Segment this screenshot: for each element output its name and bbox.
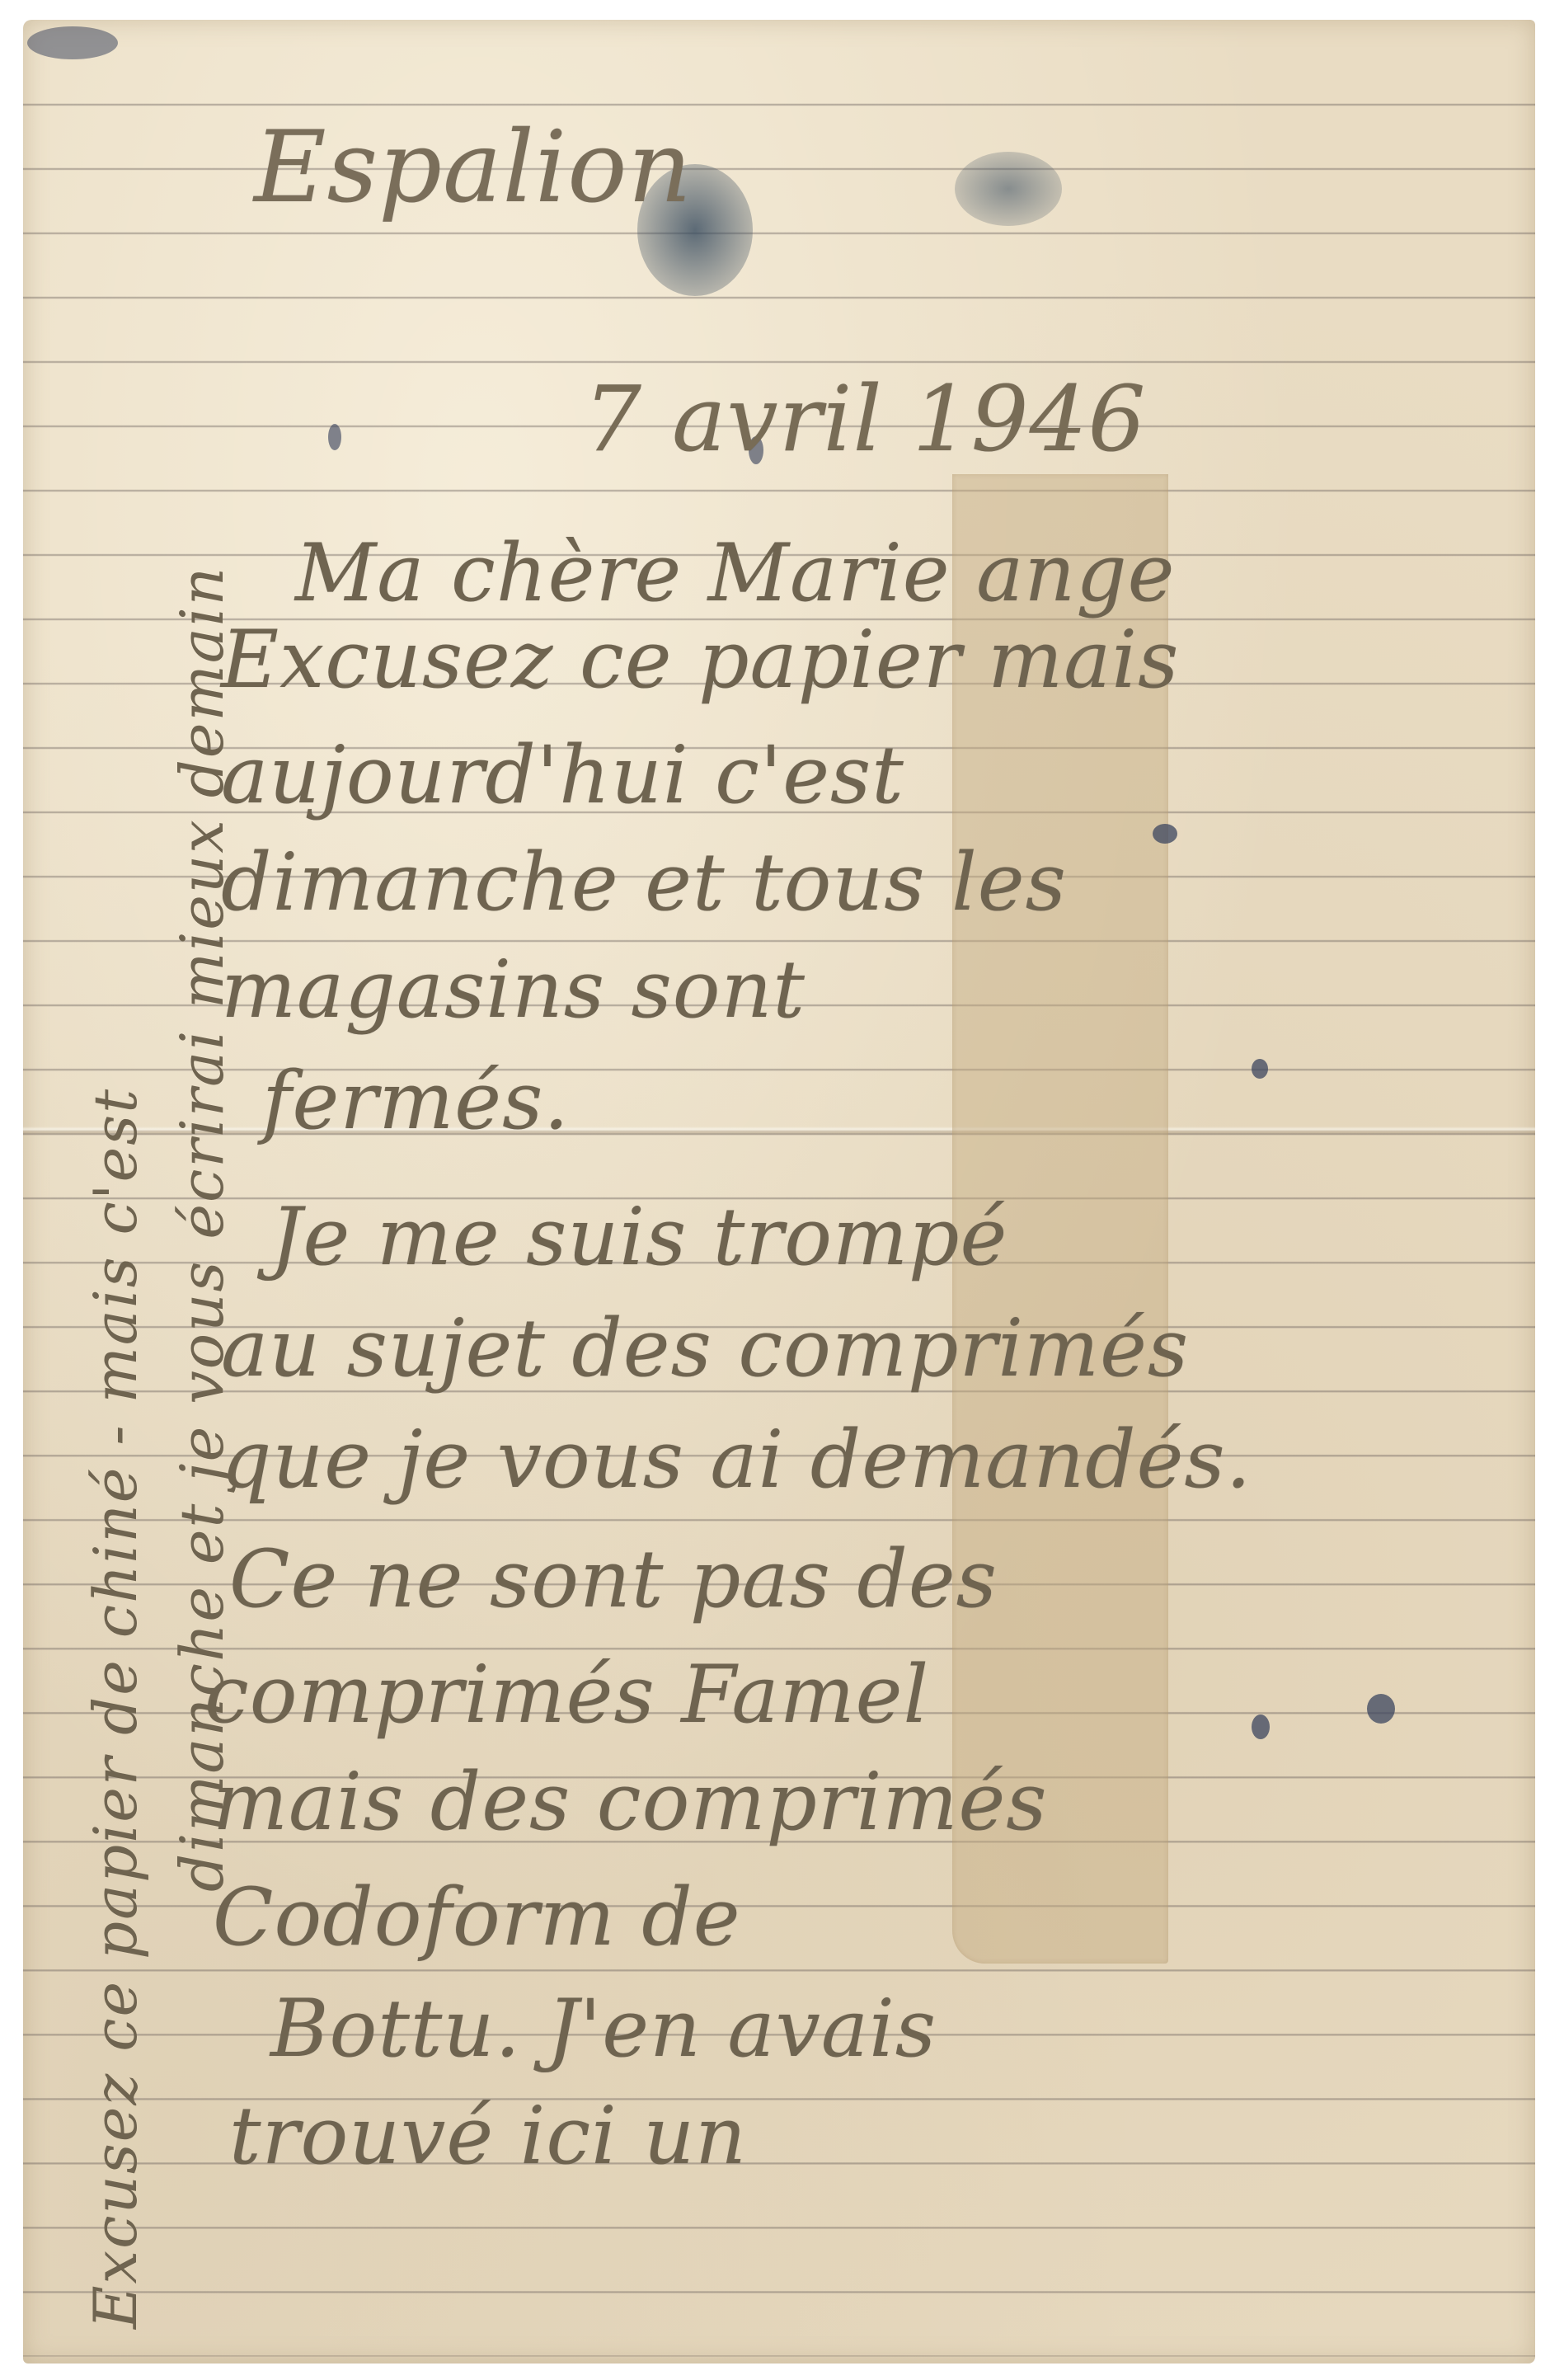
letter-line: Codoform de [213, 1871, 741, 1964]
letter-line: fermés. [262, 1055, 570, 1147]
letter-line: comprimés Famel [204, 1649, 929, 1741]
letter-line: trouvé ici un [229, 2090, 747, 2182]
ink-blot [1252, 1059, 1268, 1079]
ink-blot [1367, 1694, 1395, 1724]
letter-line: au sujet des comprimés [221, 1302, 1189, 1395]
margin-note-inner: dimanche et je vous écrirai mieux demain [167, 566, 237, 1892]
letter-line: Excusez ce papier mais [221, 614, 1179, 706]
letter-line: Bottu. J'en avais [270, 1983, 937, 2075]
letter-place: Espalion [254, 111, 693, 225]
letter-line: mais des comprimés [213, 1756, 1048, 1848]
letter-line: Ce ne sont pas des [229, 1533, 998, 1625]
letter-line: dimanche et tous les [221, 836, 1067, 929]
letter-paper: Espalion 7 avril 1946 Ma chère Marie ang… [23, 20, 1535, 2364]
letter-line: Je me suis trompé [270, 1191, 1008, 1283]
ink-blot [328, 424, 341, 450]
letter-line: magasins sont [221, 943, 806, 1036]
ink-blot-right [955, 152, 1062, 226]
letter-salutation: Ma chère Marie ange [295, 527, 1175, 619]
letter-line: que je vous ai demandés. [221, 1413, 1252, 1506]
paper-fold [23, 1127, 1535, 1135]
letter-line: aujourd'hui c'est [221, 729, 904, 821]
ink-blot [1153, 824, 1177, 844]
margin-note-outer: Excusez ce papier de chiné - mais c'est [81, 1088, 150, 2329]
letter-date: 7 avril 1946 [584, 366, 1147, 472]
ink-blot [1252, 1714, 1270, 1739]
ink-blot [27, 26, 118, 59]
